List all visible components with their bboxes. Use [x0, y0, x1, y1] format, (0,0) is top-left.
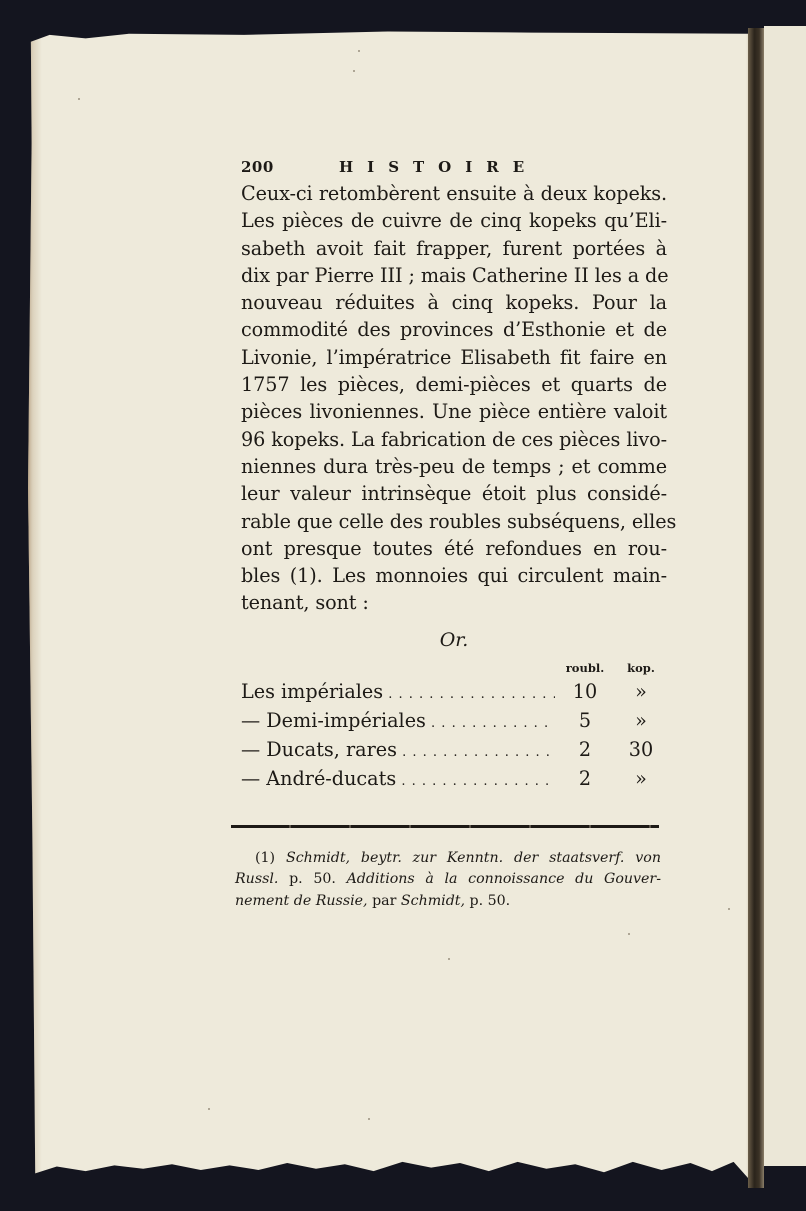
footnote-text: par	[372, 893, 396, 909]
facing-page-edge	[764, 26, 806, 1166]
body-line: sabeth avoit fait frapper, furent portée…	[241, 235, 667, 262]
body-line: nouveau réduites à cinq kopeks. Pour la	[241, 289, 667, 316]
coin-table-header: roubl. kop.	[241, 661, 667, 679]
coin-name-text: — Ducats, rares	[241, 738, 555, 761]
body-paragraph: Ceux-ci retombèrent ensuite à deux kopek…	[241, 180, 667, 617]
footnote-line: nement de Russie, par Schmidt, p. 50.	[235, 891, 661, 913]
footnote-citation: Russl.	[235, 871, 278, 887]
section-title-or: Or.	[241, 629, 667, 655]
body-line: ont presque toutes été refondues en rou-	[241, 535, 667, 562]
coin-roubl-value: 5	[555, 708, 615, 734]
body-line: niennes dura très-peu de temps ; et comm…	[241, 453, 667, 480]
coin-kop-value: »	[615, 679, 667, 705]
column-header-kop: kop.	[615, 661, 667, 679]
footnote-citation: Schmidt, beytr. zur Kenntn. der staatsve…	[286, 850, 661, 866]
coin-table: roubl. kop. Les impériales 10 » — Demi-i…	[241, 661, 667, 795]
running-head-title: HISTOIRE	[339, 158, 538, 176]
coin-kop-value: »	[615, 766, 667, 792]
running-head: 200 HISTOIRE	[241, 158, 667, 180]
table-row: — Ducats, rares 2 30	[241, 737, 667, 766]
column-header-roubl: roubl.	[555, 661, 615, 679]
footnote-citation: Additions à la connoissance du Gouver-	[347, 871, 661, 887]
body-line: rable que celle des roubles subséquens, …	[241, 508, 667, 535]
coin-kop-value: 30	[615, 737, 667, 763]
table-row: — Demi-impériales 5 »	[241, 708, 667, 737]
coin-name: Les impériales	[241, 679, 555, 708]
coin-name: — Demi-impériales	[241, 708, 555, 737]
footnote-line: (1) Schmidt, beytr. zur Kenntn. der staa…	[235, 848, 661, 870]
coin-kop-value: »	[615, 708, 667, 734]
page-number: 200	[241, 158, 339, 176]
page-text: 200 HISTOIRE Ceux-ci retombèrent ensuite…	[241, 158, 667, 912]
footnote-citation: nement de Russie,	[235, 893, 368, 909]
coin-name-text: — André-ducats	[241, 767, 555, 790]
body-line: tenant, sont :	[241, 589, 667, 616]
footnote-page-ref: p. 50.	[289, 871, 336, 887]
footnote-line: Russl. p. 50. Additions à la connoissanc…	[235, 869, 661, 891]
body-line: dix par Pierre III ; mais Catherine II l…	[241, 262, 667, 289]
coin-name: — Ducats, rares	[241, 737, 555, 766]
body-line: 1757 les pièces, demi-pièces et quarts d…	[241, 371, 667, 398]
coin-roubl-value: 2	[555, 737, 615, 763]
footnote-author: Schmidt,	[401, 893, 465, 909]
coin-roubl-value: 2	[555, 766, 615, 792]
body-line: 96 kopeks. La fabrication de ces pièces …	[241, 426, 667, 453]
footnote-separator-rule	[231, 825, 659, 828]
table-row: — André-ducats 2 »	[241, 766, 667, 795]
coin-roubl-value: 10	[555, 679, 615, 705]
body-line: Livonie, l’impératrice Elisabeth fit fai…	[241, 344, 667, 371]
table-row: Les impériales 10 »	[241, 679, 667, 708]
footnote-page-ref: p. 50.	[470, 893, 511, 909]
footnote-marker: (1)	[255, 850, 275, 866]
body-line: Les pièces de cuivre de cinq kopeks qu’E…	[241, 207, 667, 234]
footnote: (1) Schmidt, beytr. zur Kenntn. der staa…	[235, 848, 661, 913]
coin-name: — André-ducats	[241, 766, 555, 795]
coin-name-text: Les impériales	[241, 680, 555, 703]
body-line: commodité des provinces d’Esthonie et de	[241, 316, 667, 343]
coin-name-text: — Demi-impériales	[241, 709, 555, 732]
book-gutter	[748, 28, 764, 1188]
body-line: leur valeur intrinsèque étoit plus consi…	[241, 480, 667, 507]
body-line: pièces livoniennes. Une pièce entière va…	[241, 398, 667, 425]
body-line: Ceux-ci retombèrent ensuite à deux kopek…	[241, 180, 667, 207]
body-line: bles (1). Les monnoies qui circulent mai…	[241, 562, 667, 589]
